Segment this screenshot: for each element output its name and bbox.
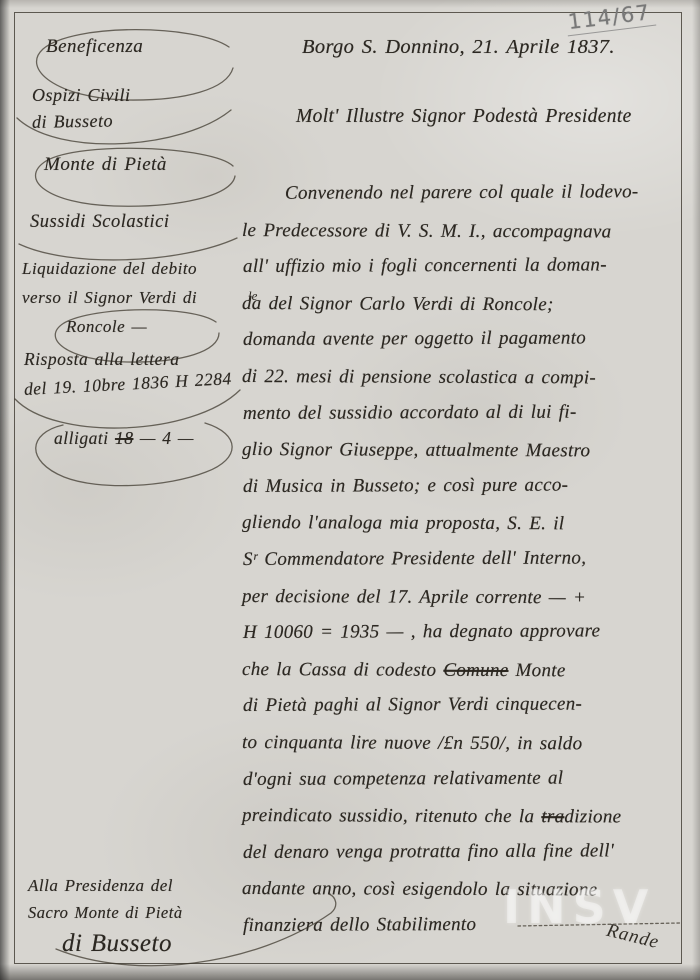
margin-note-line: Sussidi Scolastici (30, 212, 170, 233)
archival-folio-number: 114/67 (565, 0, 656, 36)
body-line-tradizione: preindicato sussidio, ritenuto che la tr… (242, 798, 692, 836)
margin-note-liquidazione: Liquidazione del debito verso il Signor … (22, 254, 197, 341)
body-line: di Pietà paghi al Signor Verdi cinquecen… (243, 686, 693, 725)
body-line: to cinquanta lire nuove /£n 550/, in sal… (242, 725, 692, 763)
margin-note-line: verso il Signor Verdi di (22, 283, 197, 312)
margin-addressee: Alla Presidenza del Sacro Monte di Pietà… (28, 872, 183, 962)
margin-note-line: Liquidazione del debito (22, 254, 197, 283)
letter-body: Convenendo nel parere col quale il lodev… (242, 176, 692, 944)
body-line: del denaro venga protratta fino alla fin… (243, 833, 693, 872)
body-line: glio Signor Giuseppe, attualmente Maestr… (242, 432, 692, 470)
body-line: mento del sussidio accordato al di lui f… (243, 394, 693, 433)
body-line: per decisione del 17. Aprile corrente — … (242, 579, 692, 617)
interline-insertion: le (248, 288, 257, 304)
alligati-struck-number: 18 (115, 428, 134, 448)
body-line: domanda avente per oggetto il pagamento (243, 320, 693, 359)
body-text: preindicato sussidio, ritenuto che la (242, 805, 541, 827)
margin-note-line: di Busseto (32, 107, 131, 135)
manuscript-scan: 114/67 Beneficenza Ospizi Civili di Buss… (0, 0, 700, 980)
margin-note-monte-di-pieta: Monte di Pietà (44, 154, 167, 176)
addressee-line: Alla Presidenza del (28, 872, 183, 899)
body-line: le Predecessore di V. S. M. I., accompag… (242, 213, 692, 251)
body-text: dizione (564, 806, 621, 827)
body-text: che la Cassa di codesto (242, 659, 443, 681)
margin-note-line: alligati 18 — 4 — (54, 428, 194, 449)
alligati-label: alligati (54, 428, 115, 448)
body-line: Convenendo nel parere col quale il lodev… (243, 174, 693, 213)
body-line: di 22. mesi di pensione scolastica a com… (242, 359, 692, 397)
margin-note-line: Monte di Pietà (44, 154, 167, 176)
salutation: Molt' Illustre Signor Podestà Presidente (296, 106, 632, 128)
margin-note-line: Ospizi Civili (32, 82, 131, 108)
body-line-cassa: che la Cassa di codesto Comune Monte (242, 652, 692, 690)
body-line: di Musica in Busseto; e così pure acco- (243, 467, 693, 506)
addressee-line: di Busseto (28, 926, 183, 962)
body-line: d'ogni sua competenza relativamente al (243, 760, 693, 799)
body-text: Monte (508, 660, 565, 681)
margin-note-alligati: alligati 18 — 4 — (54, 428, 194, 449)
margin-note-beneficenza: Beneficenza (46, 36, 143, 58)
margin-note-ospizi-civili: Ospizi Civili di Busseto (32, 82, 131, 134)
body-line: Sʳ Commendatore Presidente dell' Interno… (243, 540, 693, 579)
margin-note-line: Roncole — (22, 312, 197, 341)
struck-word-comune: Comune (443, 659, 508, 680)
margin-note-line: Beneficenza (46, 36, 143, 58)
body-line: H 10060 = 1935 — , ha degnato approvare (243, 613, 693, 652)
body-line: gliendo l'analoga mia proposta, S. E. il (242, 505, 692, 543)
body-line: andante anno, così esigendolo la situazi… (242, 871, 692, 909)
addressee-line: Sacro Monte di Pietà (28, 899, 183, 926)
struck-syllable-tra: tra (541, 806, 564, 827)
margin-note-sussidi-scolastici: Sussidi Scolastici (30, 212, 170, 233)
alligati-value: — 4 — (133, 428, 194, 448)
margin-note-risposta: Risposta alla lettera del 19. 10bre 1836… (24, 344, 232, 404)
dateline: Borgo S. Donnino, 21. Aprile 1837. (302, 36, 615, 59)
body-line: all' uffizio mio i fogli concernenti la … (243, 247, 693, 286)
body-line: da del Signor Carlo Verdi di Roncole; (242, 286, 692, 324)
